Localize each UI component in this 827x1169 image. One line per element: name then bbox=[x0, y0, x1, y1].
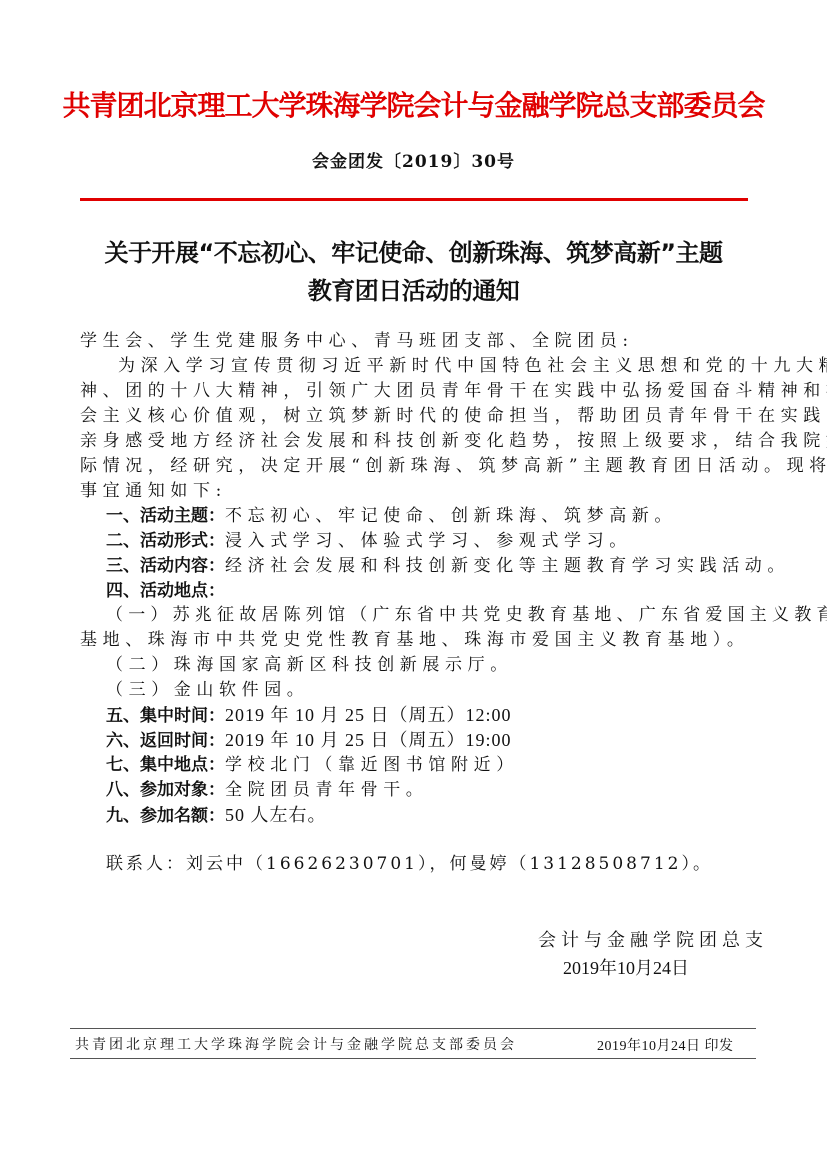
intro-line: 事宜通知如下: bbox=[80, 480, 227, 502]
item-value: 学校北门（靠近图书馆附近） bbox=[225, 755, 519, 775]
signature-date: 2019年10月24日 bbox=[563, 954, 689, 980]
intro-line: 神、团的十八大精神，引领广大团员青年骨干在实践中弘扬爱国奋斗精神和社 bbox=[80, 380, 827, 402]
item-gather-time: 五、集中时间：2019 年 10 月 25 日（周五）12:00 bbox=[106, 704, 512, 727]
item-label: 九、参加名额： bbox=[106, 806, 225, 826]
item-label: 六、返回时间： bbox=[106, 731, 225, 751]
intro-line: 为深入学习宣传贯彻习近平新时代中国特色社会主义思想和党的十九大精 bbox=[118, 355, 827, 377]
item-value: 2019 年 10 月 25 日（周五）12:00 bbox=[225, 705, 512, 725]
item-value: 浸入式学习、体验式学习、参观式学习。 bbox=[225, 531, 632, 551]
item-location: 四、活动地点： bbox=[106, 580, 225, 602]
item-label: 五、集中时间： bbox=[106, 706, 225, 726]
item-label: 四、活动地点： bbox=[106, 581, 225, 601]
recipients: 学生会、学生党建服务中心、青马班团支部、全院团员: bbox=[80, 330, 634, 352]
signature-org: 会计与金融学院团总支 bbox=[538, 926, 768, 952]
item-content: 三、活动内容：经济社会发展和科技创新变化等主题教育学习实践活动。 bbox=[106, 555, 790, 577]
item-label: 七、集中地点： bbox=[106, 755, 225, 775]
contact-info: 联系人：刘云中（16626230701），何曼婷（13128508712）。 bbox=[106, 853, 713, 875]
footer-org: 共青团北京理工大学珠海学院会计与金融学院总支部委员会 bbox=[75, 1034, 517, 1054]
item-participants: 八、参加对象：全院团员青年骨干。 bbox=[106, 779, 428, 801]
org-title: 共青团北京理工大学珠海学院会计与金融学院总支部委员会 bbox=[0, 84, 827, 124]
item-theme: 一、活动主题：不忘初心、牢记使命、创新珠海、筑梦高新。 bbox=[106, 505, 677, 527]
location-2: （二）珠海国家高新区科技创新展示厅。 bbox=[106, 654, 513, 676]
item-value: 50 人左右。 bbox=[225, 805, 327, 825]
item-value: 2019 年 10 月 25 日（周五）19:00 bbox=[225, 730, 512, 750]
item-value: 全院团员青年骨干。 bbox=[225, 780, 428, 800]
item-quota: 九、参加名额：50 人左右。 bbox=[106, 804, 327, 827]
footer-top-rule bbox=[70, 1028, 756, 1029]
intro-line: 际情况，经研究，决定开展“创新珠海、筑梦高新”主题教育团日活动。现将相关 bbox=[80, 455, 827, 477]
intro-line: 会主义核心价值观，树立筑梦新时代的使命担当，帮助团员青年骨干在实践中 bbox=[80, 405, 827, 427]
intro-line: 亲身感受地方经济社会发展和科技创新变化趋势，按照上级要求，结合我院实 bbox=[80, 430, 827, 452]
doc-number: 会金团发〔2019〕30号 bbox=[0, 147, 827, 172]
footer-bottom-rule bbox=[70, 1058, 756, 1059]
item-format: 二、活动形式：浸入式学习、体验式学习、参观式学习。 bbox=[106, 530, 632, 552]
location-3: （三）金山软件园。 bbox=[106, 679, 309, 701]
location-1-line-2: 基地、珠海市中共党史党性教育基地、珠海市爱国主义教育基地）。 bbox=[80, 629, 750, 651]
notice-title-line-2: 教育团日活动的通知 bbox=[0, 271, 827, 306]
item-value: 不忘初心、牢记使命、创新珠海、筑梦高新。 bbox=[225, 506, 677, 526]
item-gather-place: 七、集中地点：学校北门（靠近图书馆附近） bbox=[106, 754, 519, 776]
notice-title-line-1: 关于开展“不忘初心、牢记使命、创新珠海、筑梦高新”主题 bbox=[0, 233, 827, 268]
item-label: 三、活动内容： bbox=[106, 556, 225, 576]
footer-print-date: 2019年10月24日 印发 bbox=[597, 1035, 734, 1055]
item-value: 经济社会发展和科技创新变化等主题教育学习实践活动。 bbox=[225, 556, 790, 576]
location-1-line-1: （一）苏兆征故居陈列馆（广东省中共党史教育基地、广东省爱国主义教育 bbox=[106, 604, 827, 626]
item-label: 八、参加对象： bbox=[106, 780, 225, 800]
item-label: 一、活动主题： bbox=[106, 506, 225, 526]
item-return-time: 六、返回时间：2019 年 10 月 25 日（周五）19:00 bbox=[106, 729, 512, 752]
item-label: 二、活动形式： bbox=[106, 531, 225, 551]
red-header-rule bbox=[80, 198, 748, 201]
